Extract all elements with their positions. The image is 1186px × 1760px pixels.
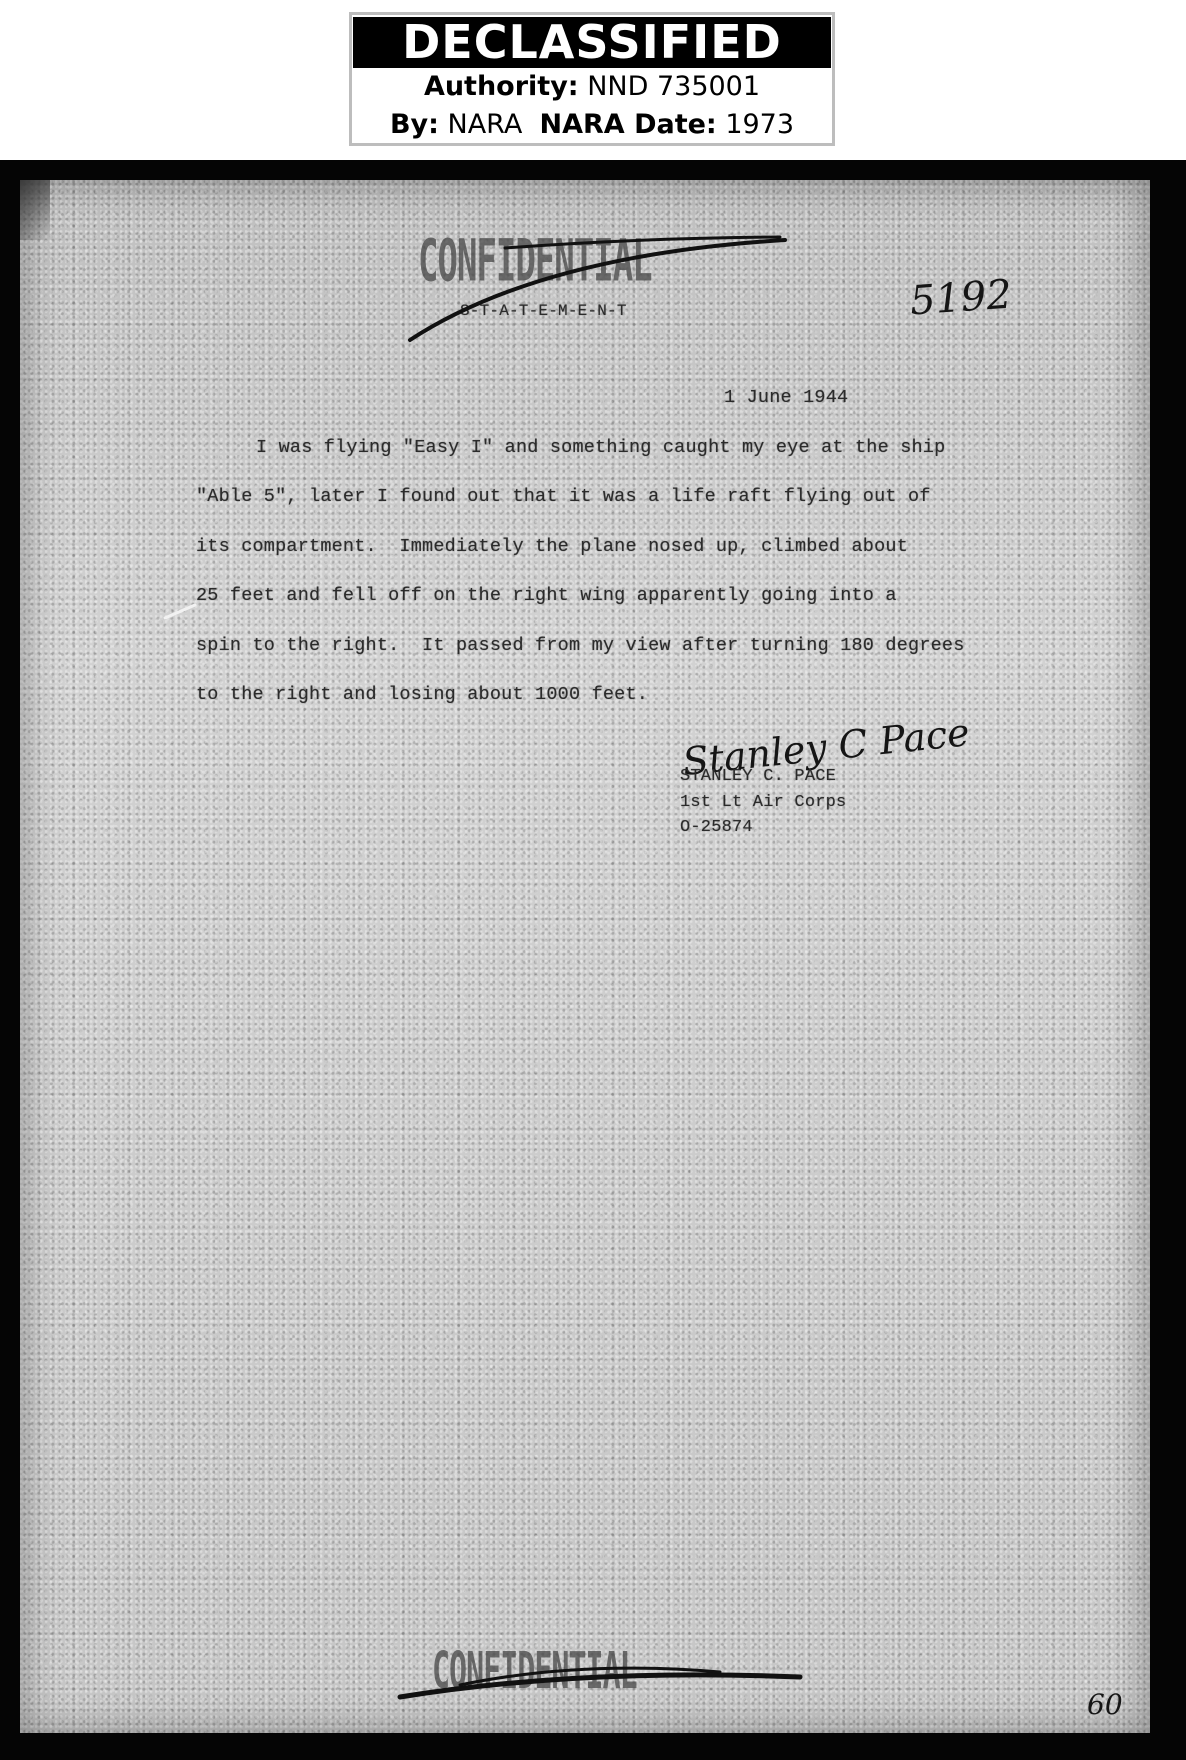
authority-value: NND 735001 [587, 71, 760, 102]
by-label: By: [390, 109, 439, 140]
date-label: NARA Date: [540, 109, 717, 140]
strikethrough-marks [20, 180, 1150, 1733]
stamp-by-date: By: NARA NARA Date: 1973 [352, 109, 832, 140]
declassified-stamp: DECLASSIFIED Authority: NND 735001 By: N… [349, 12, 835, 146]
authority-label: Authority: [424, 71, 579, 102]
stamp-title: DECLASSIFIED [353, 17, 831, 68]
by-value: NARA [448, 109, 523, 140]
scan-background: CONFIDENTIAL 5192 S-T-A-T-E-M-E-N-T 1 Ju… [0, 160, 1186, 1760]
stamp-authority: Authority: NND 735001 [352, 71, 832, 102]
date-value: 1973 [725, 109, 794, 140]
document-page: CONFIDENTIAL 5192 S-T-A-T-E-M-E-N-T 1 Ju… [20, 180, 1150, 1733]
